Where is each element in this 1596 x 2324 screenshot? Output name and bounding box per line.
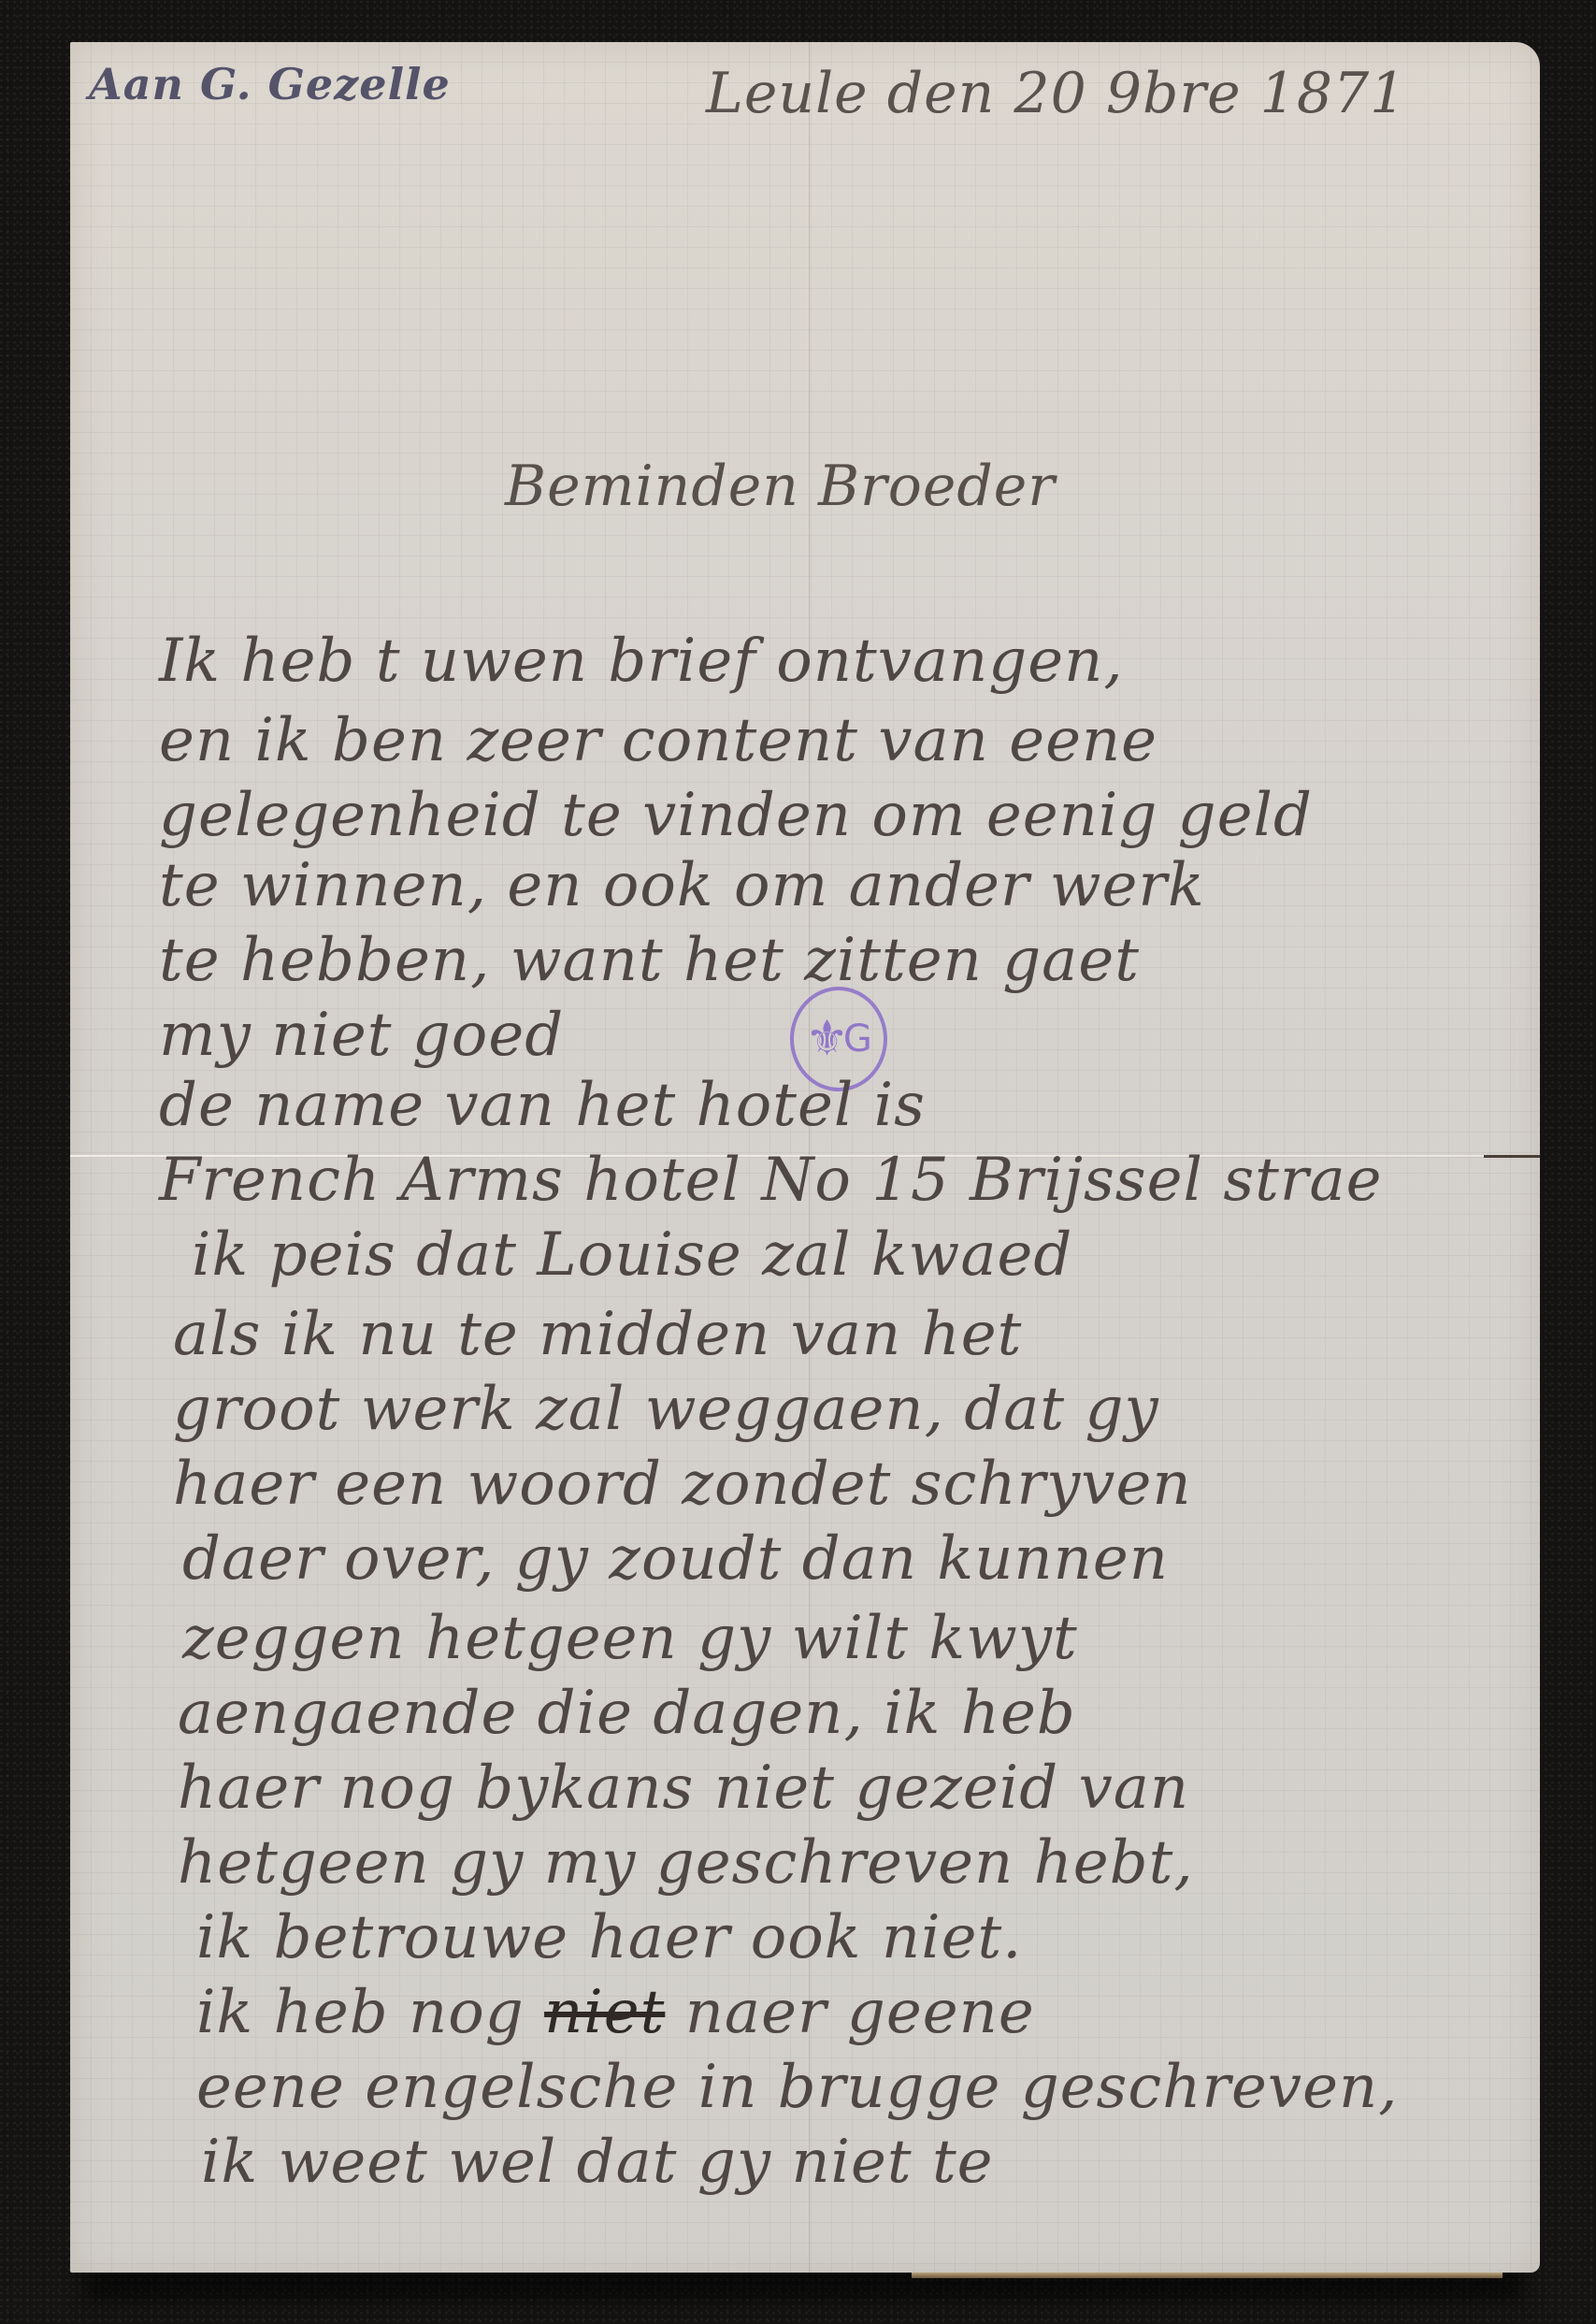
paper-bottom-edge — [912, 2273, 1503, 2278]
text-segment: ik heb nog — [196, 1978, 544, 2047]
body-line: zeggen hetgeen gy wilt kwyt — [182, 1604, 1078, 1673]
archival-annotation: Aan G. Gezelle — [89, 59, 451, 109]
body-line: hetgeen gy my geschreven hebt, — [178, 1828, 1194, 1898]
struck-word: niet — [544, 1978, 665, 2047]
body-line: aengaende die dagen, ik heb — [178, 1679, 1076, 1748]
fleur-de-lis-icon: ⚜ — [805, 1011, 849, 1067]
body-line: groot werk zal weggaen, dat gy — [173, 1375, 1159, 1444]
body-line: te winnen, en ook om ander werk — [159, 851, 1205, 920]
body-line: en ik ben zeer content van eene — [159, 706, 1157, 775]
text-segment: naer geene — [665, 1978, 1034, 2047]
body-line: te hebben, want het zitten gaet — [159, 926, 1140, 995]
body-line: ik betrouwe haer ook niet. — [196, 1903, 1023, 1972]
body-line: daer over, gy zoudt dan kunnen — [182, 1524, 1169, 1594]
body-line: ik weet wel dat gy niet te — [201, 2128, 994, 2197]
body-line: als ik nu te midden van het — [173, 1300, 1022, 1369]
letter-page: Aan G. Gezelle Leule den 20 9bre 1871 Be… — [70, 42, 1540, 2273]
body-line: haer een woord zondet schryven — [173, 1450, 1192, 1519]
stamp-monogram: G — [843, 1018, 872, 1061]
body-line: French Arms hotel No 15 Brijssel strae — [159, 1146, 1383, 1215]
body-line: gelegenheid te vinden om eenig geld — [159, 781, 1313, 850]
body-line: de name van het hotel is — [159, 1071, 926, 1140]
edge-tear — [1484, 1155, 1540, 1158]
body-line: my niet goed — [159, 1001, 564, 1070]
salutation: Beminden Broeder — [505, 454, 1056, 519]
body-line: Ik heb t uwen brief ontvangen, — [159, 627, 1124, 696]
dateline: Leule den 20 9bre 1871 — [706, 61, 1406, 126]
body-line: eene engelsche in brugge geschreven, — [196, 2053, 1399, 2122]
body-line: ik peis dat Louise zal kwaed — [192, 1220, 1072, 1290]
body-line-with-strikethrough: ik heb nog niet naer geene — [196, 1978, 1035, 2047]
body-line: haer nog bykans niet gezeid van — [178, 1754, 1189, 1823]
